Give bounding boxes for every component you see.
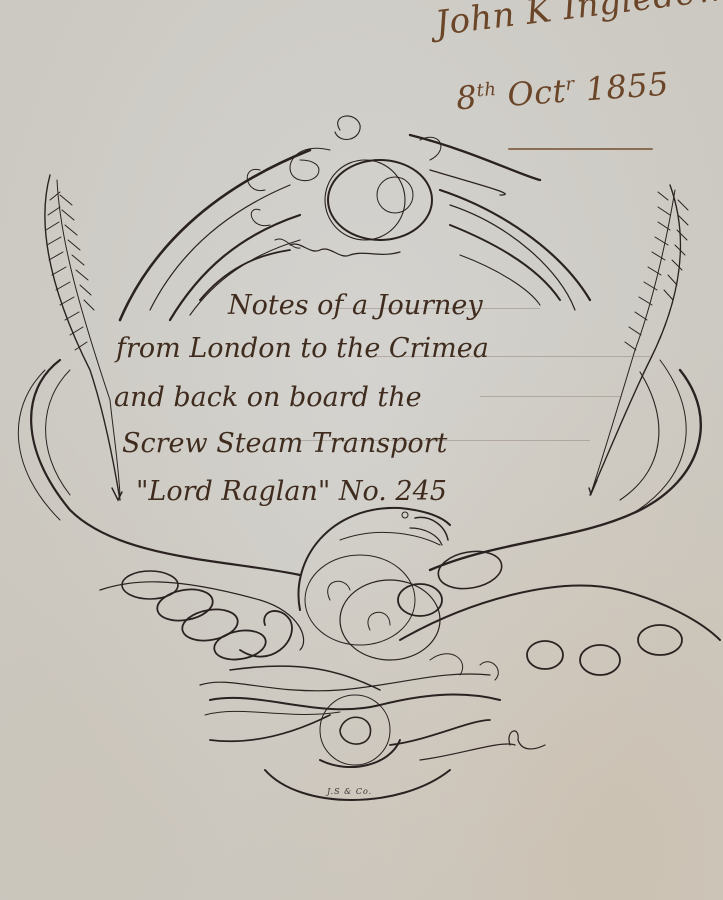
right-scroll-loops (398, 547, 720, 680)
title-line-3: and back on board the (114, 382, 422, 413)
title-line-4: Screw Steam Transport (122, 428, 447, 459)
left-scroll-loops (100, 571, 380, 690)
right-quill-icon (589, 185, 688, 495)
date-month-suffix: r (565, 74, 576, 96)
signature-underline (508, 148, 653, 150)
date-day: 8 (455, 78, 478, 117)
date-day-suffix: th (476, 79, 497, 101)
manuscript-page: John K Ingledew 8th Octr 1855 Notes of a… (0, 0, 723, 900)
title-line-2: from London to the Crimea (116, 333, 489, 364)
guide-line (480, 396, 620, 397)
date-month: Oct (506, 72, 567, 114)
title-line-1: Notes of a Journey (228, 290, 483, 321)
engraver-imprint: J.S & Co. (327, 787, 372, 796)
lower-flourish (200, 674, 545, 800)
date-year: 1855 (584, 65, 670, 109)
left-quill-icon (45, 175, 122, 500)
title-line-5: "Lord Raglan" No. 245 (136, 476, 447, 507)
